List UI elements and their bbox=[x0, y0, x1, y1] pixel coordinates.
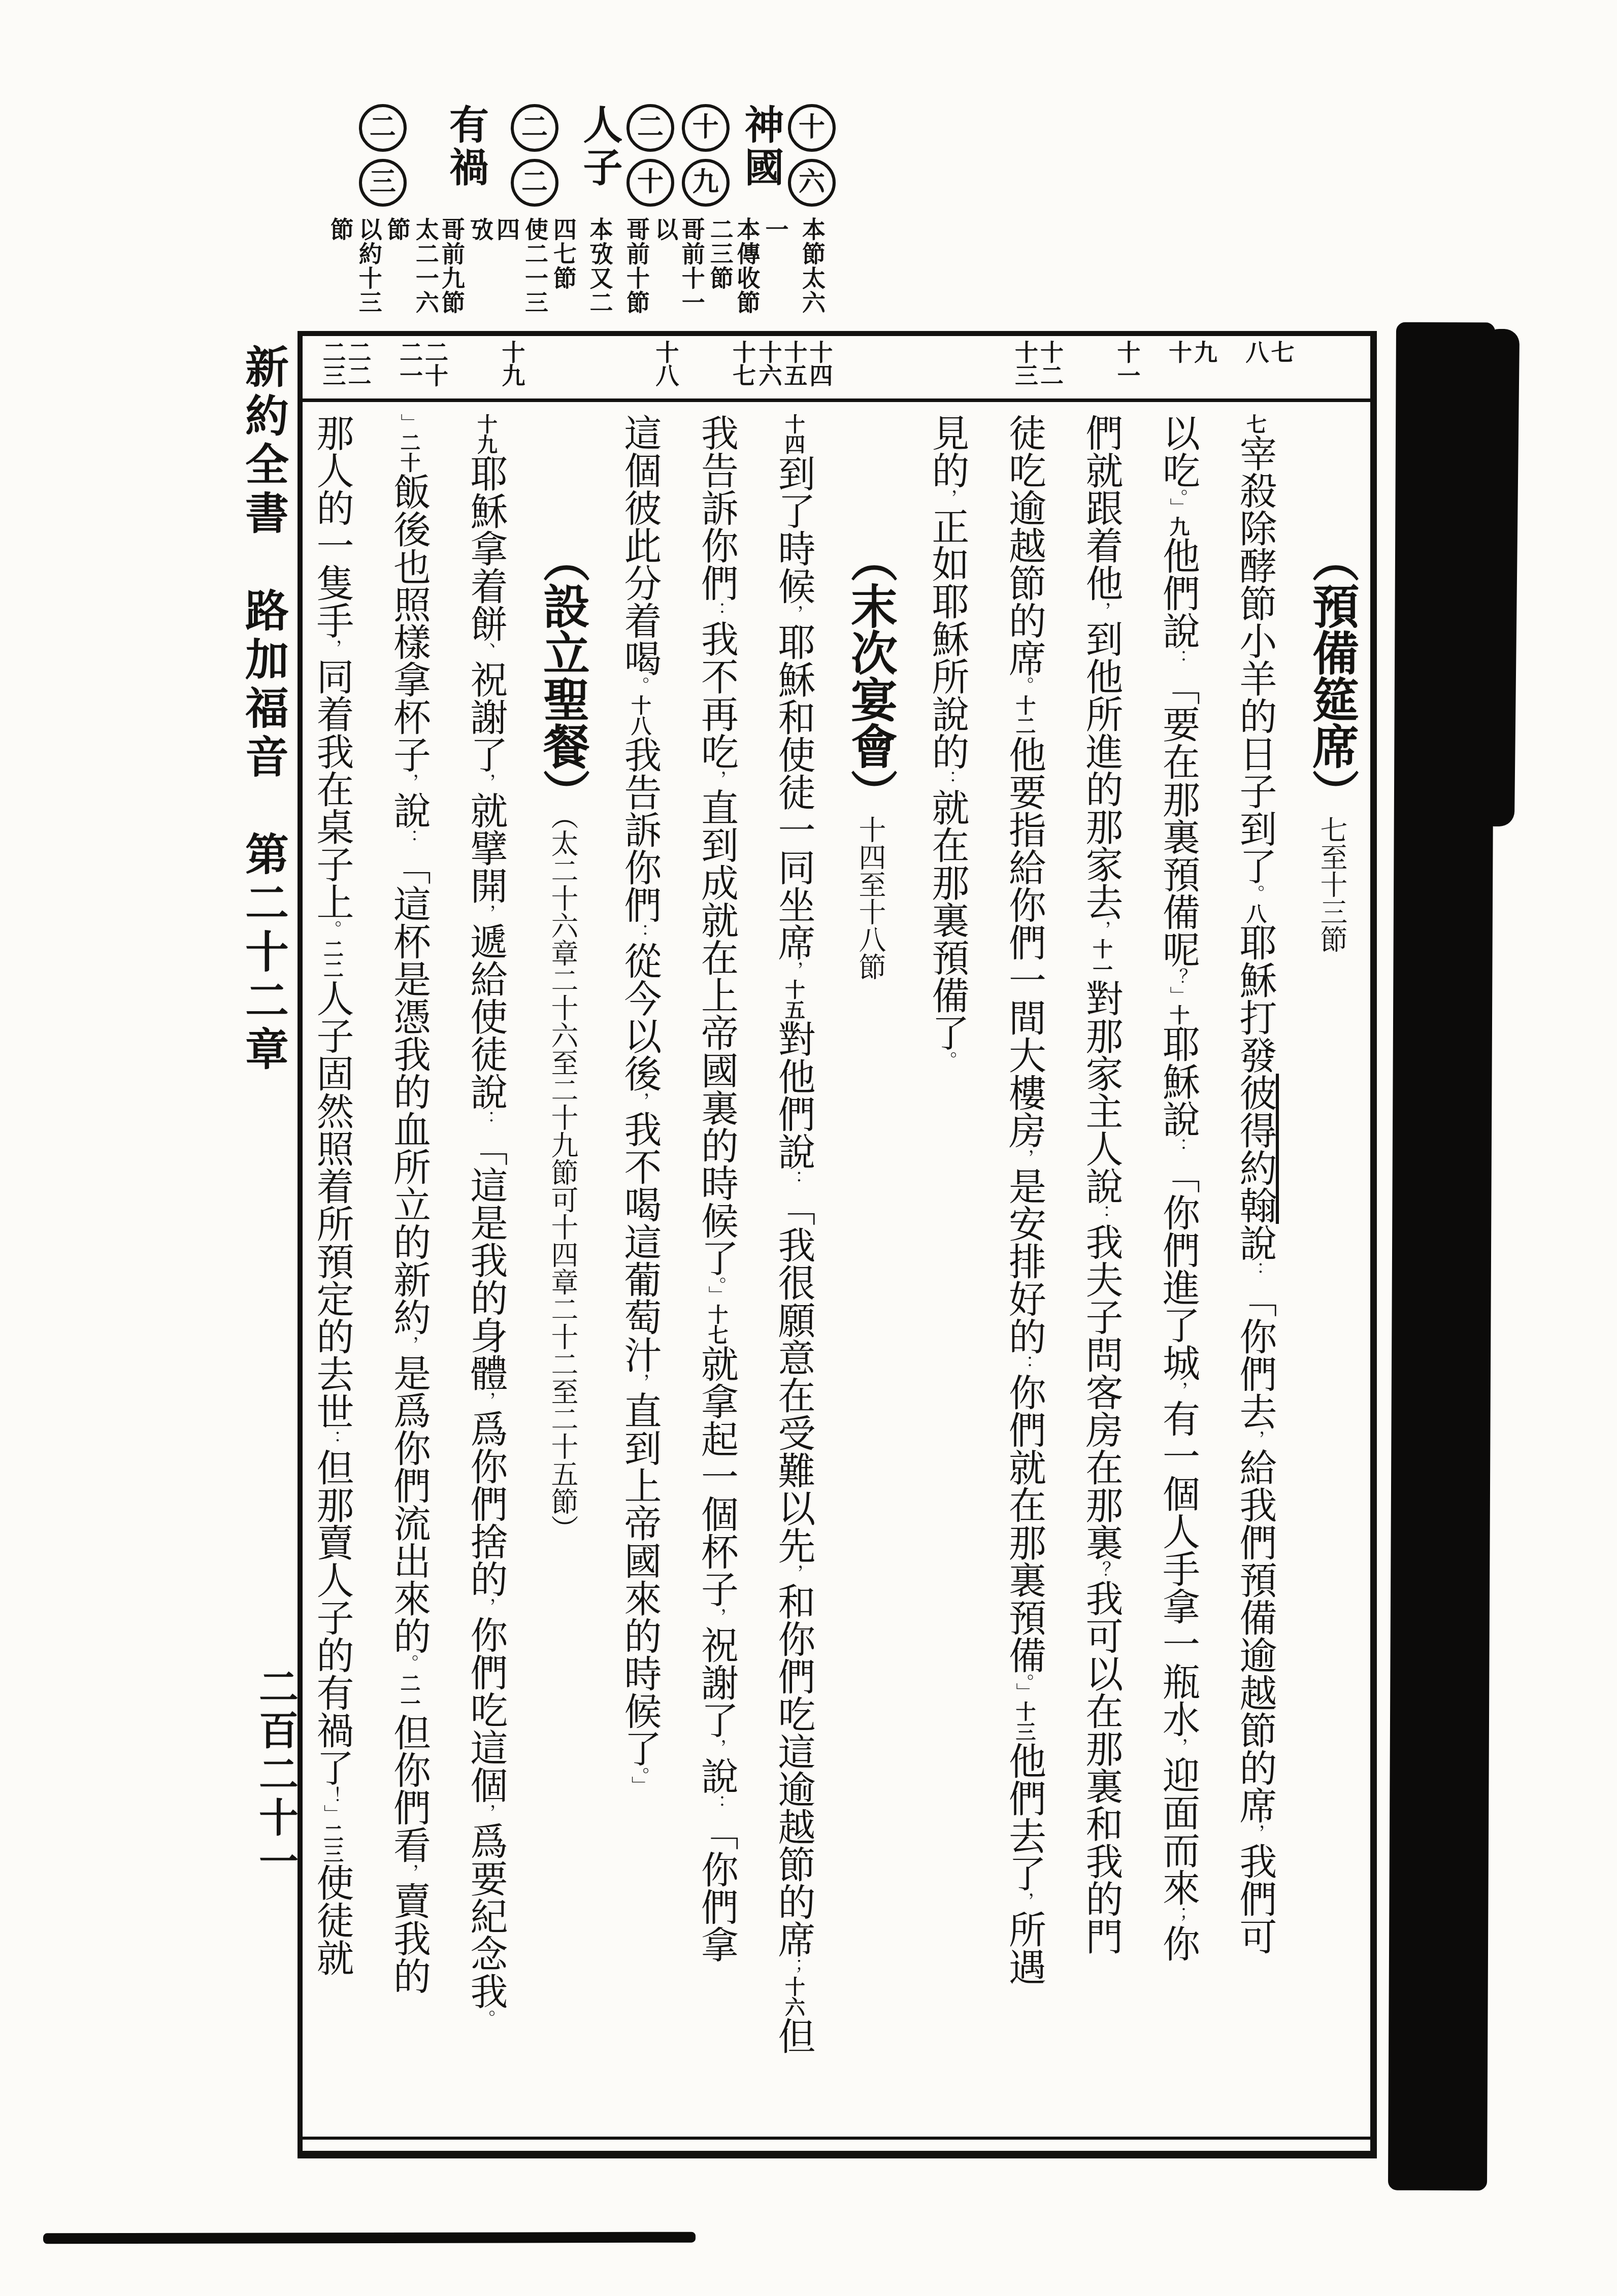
punctuation: ， bbox=[1168, 1738, 1188, 1756]
punctuation: 。 bbox=[476, 2010, 496, 2028]
scripture-text: 我夫子問客房在那裏 bbox=[1080, 1223, 1122, 1561]
punctuation: ， bbox=[706, 1608, 727, 1626]
verse-marker: 十一 bbox=[1090, 939, 1113, 979]
scripture-text: 他們說 bbox=[1157, 537, 1199, 649]
scripture-text: 耶穌打發 bbox=[1234, 923, 1276, 1074]
cross-reference-list: 一 本傳收節 bbox=[733, 217, 789, 315]
annotation-keyword-text: 人子 bbox=[576, 104, 623, 189]
scripture-text: 從今以後 bbox=[619, 942, 661, 1092]
verse-column-22-23: 那人的一隻手，同着我在桌子上。二二人子固然照着所預定的去世：但那賣人子的有禍了！… bbox=[293, 414, 371, 2129]
verse-number-slot: 十八 bbox=[601, 336, 678, 396]
punctuation: ； bbox=[1168, 1906, 1188, 1924]
proper-name: 彼得約翰 bbox=[1234, 1074, 1279, 1224]
annotation-group: 二十以 哥前十節 bbox=[623, 104, 678, 315]
verse-marker: 十六 bbox=[782, 1976, 805, 2017]
circled-digit-icon: 六 bbox=[788, 159, 836, 207]
scripture-text: 迎面而來 bbox=[1157, 1756, 1199, 1906]
circled-digit-icon: 二 bbox=[511, 159, 558, 207]
cross-reference-list: 攷 哥前九節 bbox=[437, 217, 494, 315]
circled-verse-number-icon: 二三 bbox=[359, 104, 407, 208]
punctuation: ， bbox=[630, 1092, 650, 1110]
scripture-text: 說 bbox=[388, 791, 430, 829]
cross-reference-list: 四七節 使二一三四 bbox=[492, 217, 577, 334]
scripture-text: 給我們預備逾越節的席 bbox=[1234, 1448, 1276, 1824]
punctuation: ， bbox=[1014, 1149, 1034, 1167]
running-title: 新約全書 路加福音 第二十二章 bbox=[235, 344, 291, 1075]
annotation-keyword: 有禍 bbox=[442, 104, 489, 208]
circled-verse-number-icon: 十六 bbox=[788, 104, 836, 208]
scripture-text: 是爲你們流出來的 bbox=[388, 1354, 430, 1654]
scripture-text: 說 bbox=[1234, 1224, 1276, 1261]
scripture-text: 是安排好的 bbox=[1003, 1167, 1045, 1355]
punctuation: ， bbox=[783, 961, 804, 979]
verse-marker: 十二 bbox=[1013, 695, 1036, 736]
punctuation: 。 bbox=[1245, 885, 1265, 903]
cross-reference-list: 本攷又二 bbox=[585, 217, 614, 315]
punctuation: ： bbox=[1245, 1261, 1265, 1280]
scripture-text: 宰殺除酵節小羊的日子到了 bbox=[1234, 434, 1276, 885]
punctuation: ， bbox=[476, 904, 496, 922]
punctuation: 。」 bbox=[706, 1277, 727, 1304]
verse-marker: 十九 bbox=[475, 414, 498, 454]
annotation-group: 有禍攷 哥前九節 bbox=[438, 104, 493, 315]
punctuation: ！」 bbox=[322, 1786, 342, 1823]
verse-number-slot: 七 八 bbox=[1216, 336, 1294, 396]
punctuation: 、 bbox=[476, 642, 496, 660]
circled-digit-icon: 二 bbox=[511, 104, 558, 152]
verse-number-slot: 十二 十三 bbox=[986, 336, 1063, 396]
punctuation: ？ bbox=[1091, 1561, 1111, 1579]
punctuation: ； bbox=[783, 1958, 804, 1976]
verse-marker: 八 bbox=[1244, 903, 1267, 923]
verse-marker: 十七 bbox=[705, 1304, 728, 1345]
punctuation: ？」 bbox=[1168, 968, 1188, 1005]
scripture-text: 「你們進了城 bbox=[1157, 1156, 1199, 1381]
punctuation: 。 bbox=[1014, 677, 1034, 695]
punctuation: ， bbox=[1091, 920, 1111, 939]
scripture-text: 耶穌說 bbox=[1157, 1025, 1199, 1138]
scripture-text: 以吃 bbox=[1157, 414, 1199, 489]
circled-digit-icon: 十 bbox=[682, 104, 730, 152]
punctuation: ， bbox=[476, 1598, 496, 1616]
scripture-text: 對那家主人說 bbox=[1080, 979, 1122, 1205]
verse-number-slot bbox=[832, 336, 909, 396]
punctuation: ， bbox=[630, 1373, 650, 1391]
punctuation: 。」 bbox=[630, 1767, 650, 1794]
punctuation: ： bbox=[630, 923, 650, 942]
scripture-text: 耶穌拿着餅 bbox=[465, 454, 507, 642]
verse-marker: 十三 bbox=[1013, 1701, 1036, 1742]
scripture-text: 但 bbox=[773, 2017, 814, 2054]
scripture-text-area: （預備筵席）七至十三節七宰殺除酵節小羊的日子到了。八耶穌打發彼得約翰說：「你們去… bbox=[303, 406, 1370, 2142]
scripture-text: 但你們看 bbox=[388, 1713, 430, 1864]
section-heading-institute-communion: （設立聖餐）（太二十六章二十六至二十九節可十四章二十二至二十五節） bbox=[524, 536, 602, 2251]
circled-digit-icon: 二 bbox=[626, 104, 674, 152]
scripture-text: 這個彼此分着喝 bbox=[619, 414, 661, 677]
scripture-text: 那人的一隻手 bbox=[311, 414, 353, 639]
punctuation: ， bbox=[399, 1336, 419, 1354]
scripture-text: 我可以在那裏和我的門 bbox=[1080, 1579, 1122, 1955]
annotation-group: 二三太二一六節 以約十三節 bbox=[327, 104, 438, 334]
scripture-text: 就在那裏預備了 bbox=[927, 788, 968, 1051]
scripture-text: 就拿起一個杯子 bbox=[696, 1345, 737, 1608]
verse-number-slot: 二二 二三 bbox=[293, 336, 371, 396]
scripture-text: 他們去了 bbox=[1003, 1742, 1045, 1892]
double-rule-bottom bbox=[303, 2137, 1370, 2140]
punctuation: 。」 bbox=[1014, 1674, 1034, 1701]
punctuation: ， bbox=[706, 770, 727, 788]
scripture-text: 正如耶穌所說的 bbox=[927, 507, 968, 770]
section-range: 七至十三節 bbox=[1316, 816, 1347, 953]
punctuation: 。 bbox=[937, 1051, 958, 1070]
verse-number-slot: 十七 bbox=[678, 336, 755, 396]
verse-column-14-15-16: 十四到了時候，耶穌和使徒一同坐席，十五對他們說：「我很願意在受難以先，和你們吃這… bbox=[755, 414, 832, 2129]
verse-marker: 十四 bbox=[782, 414, 805, 454]
verse-number-slot: 二十 二一 bbox=[371, 336, 448, 396]
punctuation: ： bbox=[322, 1430, 342, 1448]
scripture-text: 徒吃逾越節的席 bbox=[1003, 414, 1045, 677]
scripture-text: 你 bbox=[1157, 1924, 1199, 1962]
cross-reference-list: 以 哥前十節 bbox=[622, 217, 679, 315]
section-range: 十四至十八節 bbox=[855, 816, 885, 980]
section-title: （預備筵席） bbox=[1306, 536, 1358, 816]
punctuation: ， bbox=[322, 639, 342, 657]
annotation-keyword-text: 神國 bbox=[738, 104, 784, 189]
book-spine-shadow bbox=[1388, 322, 1495, 2191]
scripture-text: 對他們說 bbox=[773, 1020, 814, 1170]
scripture-text: 所遇 bbox=[1003, 1910, 1045, 1985]
punctuation: ， bbox=[783, 1564, 804, 1582]
circled-verse-number-icon: 二二 bbox=[511, 104, 558, 208]
verse-column-16-17: 我告訴你們：我不再吃，直到成就在上帝國裏的時候了。」十七就拿起一個杯子，祝謝了，… bbox=[678, 414, 755, 2129]
scripture-text: 我們可 bbox=[1234, 1842, 1276, 1955]
punctuation: ： bbox=[706, 1794, 727, 1813]
punctuation: ， bbox=[1091, 602, 1111, 620]
annotation-group: 人子本攷又二 bbox=[576, 104, 623, 315]
verse-column-9-10: 以吃。」九他們說：「要在那裏預備呢？」十耶穌說：「你們進了城，有一個人手拿一瓶水… bbox=[1140, 414, 1217, 2129]
punctuation: ， bbox=[399, 773, 419, 791]
scripture-text: 爲要紀念我 bbox=[465, 1822, 507, 2010]
verse-column-11: 們就跟着他，到他所進的那家去，十一對那家主人說：我夫子問客房在那裏？我可以在那裏… bbox=[1063, 414, 1140, 2129]
section-range: （太二十六章二十六至二十九節可十四章二十二至二十五節） bbox=[547, 816, 578, 1542]
scripture-text: 但那賣人子的有禍了 bbox=[311, 1448, 353, 1786]
circled-verse-number-icon: 二十 bbox=[626, 104, 674, 208]
verse-number-slot: 十一 bbox=[1063, 336, 1140, 396]
scripture-text: 你們就在那裏預備 bbox=[1003, 1373, 1045, 1674]
punctuation: ： bbox=[937, 770, 958, 788]
scripture-text: 人子固然照着所預定的去世 bbox=[311, 979, 353, 1430]
scripture-text: 飯後也照樣拿杯子 bbox=[388, 473, 430, 773]
scripture-text: 直到上帝國來的時候了 bbox=[619, 1391, 661, 1767]
scripture-text: 我告訴你們 bbox=[696, 414, 737, 602]
scripture-text: 我不喝這葡萄汁 bbox=[619, 1110, 661, 1373]
punctuation: ， bbox=[399, 1864, 419, 1882]
punctuation: ： bbox=[1168, 649, 1188, 668]
punctuation: ， bbox=[476, 773, 496, 791]
scripture-text: 到了時候 bbox=[773, 454, 814, 605]
punctuation: 。 bbox=[630, 677, 650, 695]
circled-verse-number-icon: 十九 bbox=[682, 104, 730, 208]
scripture-text: 「這是我的身體 bbox=[465, 1128, 507, 1391]
verse-marker: 二二 bbox=[321, 939, 344, 979]
scripture-text: 「要在那裏預備呢 bbox=[1157, 668, 1199, 968]
verse-marker: 二一 bbox=[398, 1673, 420, 1713]
scripture-text: 爲你們捨的 bbox=[465, 1410, 507, 1598]
verse-number-slot bbox=[909, 336, 986, 396]
verse-marker: 十 bbox=[1167, 1005, 1190, 1025]
verse-marker: 七 bbox=[1244, 414, 1267, 434]
punctuation: ： bbox=[1168, 1138, 1188, 1156]
scripture-text: 有一個人手拿一瓶水 bbox=[1157, 1400, 1199, 1738]
scripture-text: 我不再吃 bbox=[696, 620, 737, 770]
punctuation: ， bbox=[1168, 1381, 1188, 1400]
verse-number-slot: 十四 十五 十六 bbox=[755, 336, 832, 396]
verse-column-12-13: 徒吃逾越節的席。十二他要指給你們一間大樓房，是安排好的：你們就在那裏預備。」十三… bbox=[986, 414, 1063, 2129]
cross-reference-list: 太二一六節 以約十三節 bbox=[326, 217, 440, 334]
annotation-group: 十九二三節 哥前十一 bbox=[678, 104, 733, 315]
punctuation: ， bbox=[476, 1804, 496, 1822]
scripture-text: 們就跟着他 bbox=[1080, 414, 1122, 602]
verse-marker: 十八 bbox=[629, 695, 651, 736]
scripture-text: 直到成就在上帝國裏的時候了 bbox=[696, 788, 737, 1277]
scripture-text: 你們吃這個 bbox=[465, 1616, 507, 1804]
section-heading-last-supper: （末次宴會）十四至十八節 bbox=[832, 536, 909, 2251]
header-annotations: 十六本節太六神國一 本傳收節十九二三節 哥前十一二十以 哥前十節人子本攷又二二二… bbox=[327, 104, 835, 332]
scripture-text: 「你們拿 bbox=[696, 1813, 737, 1963]
verse-column-19: 十九耶穌拿着餅、祝謝了，就擘開，遞給使徒說：「這是我的身體，爲你們捨的，你們吃這… bbox=[447, 414, 524, 2129]
scripture-text: 他要指給你們一間大樓房 bbox=[1003, 736, 1045, 1149]
cross-reference-list: 本節太六 bbox=[798, 217, 826, 315]
verse-column-18: 這個彼此分着喝。十八我告訴你們：從今以後，我不喝這葡萄汁，直到上帝國來的時候了。… bbox=[601, 414, 678, 2129]
verse-column-20-21: 」二十飯後也照樣拿杯子，說：「這杯是憑我的血所立的新約，是爲你們流出來的。二一但… bbox=[371, 414, 448, 2129]
verse-number-slot bbox=[524, 336, 602, 396]
annotation-group: 神國一 本傳收節 bbox=[733, 104, 788, 315]
punctuation: ： bbox=[476, 1110, 496, 1128]
verse-column-13-end: 見的，正如耶穌所說的：就在那裏預備了。 bbox=[909, 414, 986, 2129]
punctuation: 。 bbox=[322, 920, 342, 939]
scripture-text: 耶穌和使徒一同坐席 bbox=[773, 623, 814, 961]
punctuation: ， bbox=[706, 1739, 727, 1757]
circled-digit-icon: 三 bbox=[359, 159, 407, 207]
punctuation: ， bbox=[937, 489, 958, 507]
verse-number-slot bbox=[1294, 336, 1371, 396]
punctuation: ， bbox=[476, 1391, 496, 1410]
scripture-text: 見的 bbox=[927, 414, 968, 489]
punctuation: 。 bbox=[399, 1654, 419, 1673]
scripture-text: 和你們吃這逾越節的席 bbox=[773, 1582, 814, 1958]
scripture-text: 使徒就 bbox=[311, 1864, 353, 1976]
punctuation: ： bbox=[706, 602, 727, 620]
scripture-text: 我告訴你們 bbox=[619, 736, 661, 923]
scripture-text: 就擘開 bbox=[465, 791, 507, 904]
punctuation: ： bbox=[1014, 1355, 1034, 1373]
verse-marker: 二三 bbox=[321, 1823, 344, 1864]
punctuation: 。」 bbox=[1168, 489, 1188, 516]
verse-marker: 十五 bbox=[782, 979, 805, 1020]
scripture-text: 同着我在桌子上 bbox=[311, 657, 353, 920]
scripture-text: 「我很願意在受難以先 bbox=[773, 1188, 814, 1564]
punctuation: ： bbox=[1091, 1205, 1111, 1223]
section-title: （末次宴會） bbox=[844, 536, 896, 816]
scripture-text: 遞給使徒說 bbox=[465, 922, 507, 1110]
page-number: 二百二十一 bbox=[251, 1666, 300, 1884]
punctuation: ， bbox=[783, 605, 804, 623]
scripture-text: 說 bbox=[696, 1757, 737, 1794]
scripture-text: 到他所進的那家去 bbox=[1080, 620, 1122, 920]
punctuation: ， bbox=[1245, 1824, 1265, 1842]
circled-digit-icon: 二 bbox=[359, 104, 407, 152]
circled-digit-icon: 十 bbox=[788, 104, 836, 152]
scripture-text: 賣我的 bbox=[388, 1882, 430, 1994]
circled-digit-icon: 十 bbox=[626, 159, 674, 207]
cross-reference-list: 二三節 哥前十一 bbox=[677, 217, 734, 315]
verse-marker: 九 bbox=[1167, 516, 1190, 537]
punctuation: ： bbox=[783, 1170, 804, 1188]
annotation-keyword: 人子 bbox=[576, 104, 623, 208]
punctuation: ： bbox=[399, 829, 419, 847]
scripture-text: 「你們去 bbox=[1234, 1280, 1276, 1430]
scripture-text: 「這杯是憑我的血所立的新約 bbox=[388, 847, 430, 1336]
verse-column-7-8: 七宰殺除酵節小羊的日子到了。八耶穌打發彼得約翰說：「你們去，給我們預備逾越節的席… bbox=[1216, 414, 1294, 2129]
section-title: （設立聖餐） bbox=[537, 536, 588, 816]
scripture-text: 祝謝了 bbox=[465, 660, 507, 773]
verse-number-slot: 九 十 bbox=[1140, 336, 1217, 396]
punctuation: 」 bbox=[399, 414, 419, 432]
verse-number-slot: 十九 bbox=[447, 336, 524, 396]
annotation-group: 十六本節太六 bbox=[788, 104, 835, 315]
annotation-keyword-text: 有禍 bbox=[442, 104, 489, 189]
text-frame: 七 八九 十十一十二 十三十四 十五 十六十七十八十九二十 二一二二 二三 （預… bbox=[298, 331, 1377, 2158]
annotation-group: 二二四七節 使二一三四 bbox=[493, 104, 576, 334]
punctuation: ， bbox=[1245, 1430, 1265, 1448]
annotation-keyword: 神國 bbox=[738, 104, 784, 208]
spine-shadow-blob bbox=[1479, 329, 1520, 827]
verse-number-band: 七 八九 十十一十二 十三十四 十五 十六十七十八十九二十 二一二二 二三 bbox=[303, 336, 1370, 402]
section-heading-prepare-feast: （預備筵席）七至十三節 bbox=[1294, 536, 1371, 2251]
scripture-text: 祝謝了 bbox=[696, 1626, 737, 1739]
circled-digit-icon: 九 bbox=[682, 159, 730, 207]
verse-marker: 二十 bbox=[398, 432, 420, 473]
punctuation: ， bbox=[1014, 1892, 1034, 1910]
scanned-bible-page: { "page": { "ink_color": "#151412", "pap… bbox=[0, 0, 1617, 2296]
